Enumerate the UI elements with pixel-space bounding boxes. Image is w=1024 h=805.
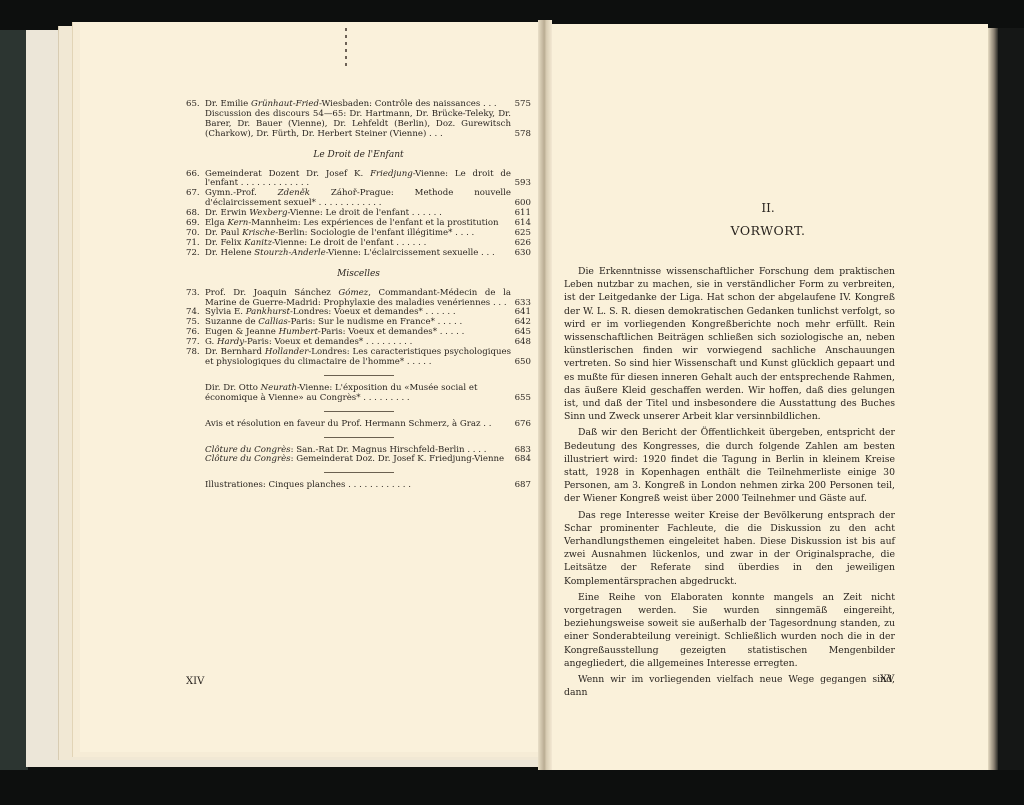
chapter-title: VORWORT.	[548, 223, 988, 238]
folio-right: XV	[880, 674, 894, 685]
toc-entry: Clôture du Congrès: Gemeinderat Doz. Dr.…	[186, 455, 531, 465]
toc-entry: Discussion des discours 54—65: Dr. Hartm…	[186, 110, 531, 140]
page-edge-right	[988, 28, 998, 770]
section-heading: Miscelles	[186, 270, 531, 280]
ink-mark	[345, 28, 347, 68]
book-gutter	[538, 20, 552, 770]
chapter-number: II.	[548, 201, 988, 215]
page-number: 578	[511, 130, 531, 140]
toc-entry: Illustrationes: Cinques planches . . . .…	[186, 481, 531, 491]
toc-entry: 73.Prof. Dr. Joaquin Sánchez Gómez, Comm…	[186, 289, 531, 309]
paragraph: Das rege Interesse weiter Kreise der Bev…	[564, 509, 895, 588]
page-number: 648	[511, 338, 531, 348]
divider	[324, 411, 394, 412]
paragraph: Die Erkenntnisse wissenschaftlicher Fors…	[564, 265, 895, 423]
divider	[324, 375, 394, 376]
page-number: 676	[511, 420, 531, 430]
scanner-edge-right	[998, 28, 1024, 770]
table-of-contents: 65. Dr. Emilie Grünhaut-Fried-Wiesbaden:…	[186, 100, 531, 491]
page-number: 655	[511, 394, 531, 404]
divider	[324, 472, 394, 473]
scanner-edge-left	[0, 30, 28, 770]
toc-entry: 72.Dr. Helene Stourzh-Anderle-Vienne: L'…	[186, 249, 531, 259]
divider	[324, 437, 394, 438]
folio-left: XIV	[186, 676, 204, 687]
toc-entry: 66.Gemeinderat Dozent Dr. Josef K. Fried…	[186, 170, 531, 190]
section-heading: Le Droit de l'Enfant	[186, 151, 531, 161]
body-text: Die Erkenntnisse wissenschaftlicher Fors…	[564, 265, 895, 703]
paragraph: Eine Reihe von Elaboraten konnte mangels…	[564, 591, 895, 670]
paragraph: Daß wir den Bericht der Öffentlichkeit ü…	[564, 426, 895, 505]
page-number: 650	[511, 358, 531, 368]
page-number: 687	[511, 481, 531, 491]
toc-entry: Dir. Dr. Otto Neurath-Vienne: L'éxpositi…	[186, 384, 531, 404]
page-number: 630	[511, 249, 531, 259]
page-number: 684	[511, 455, 531, 465]
toc-entry: 67.Gymn.-Prof. Zdeněk Záhoř-Prague: Meth…	[186, 189, 531, 209]
paragraph: Wenn wir im vorliegenden vielfach neue W…	[564, 673, 895, 699]
toc-entry: Avis et résolution en faveur du Prof. He…	[186, 420, 531, 430]
page-number: 593	[511, 179, 531, 189]
page-number: 575	[511, 100, 531, 110]
toc-entry: 78.Dr. Bernhard Hollander-Londres: Les c…	[186, 348, 531, 368]
